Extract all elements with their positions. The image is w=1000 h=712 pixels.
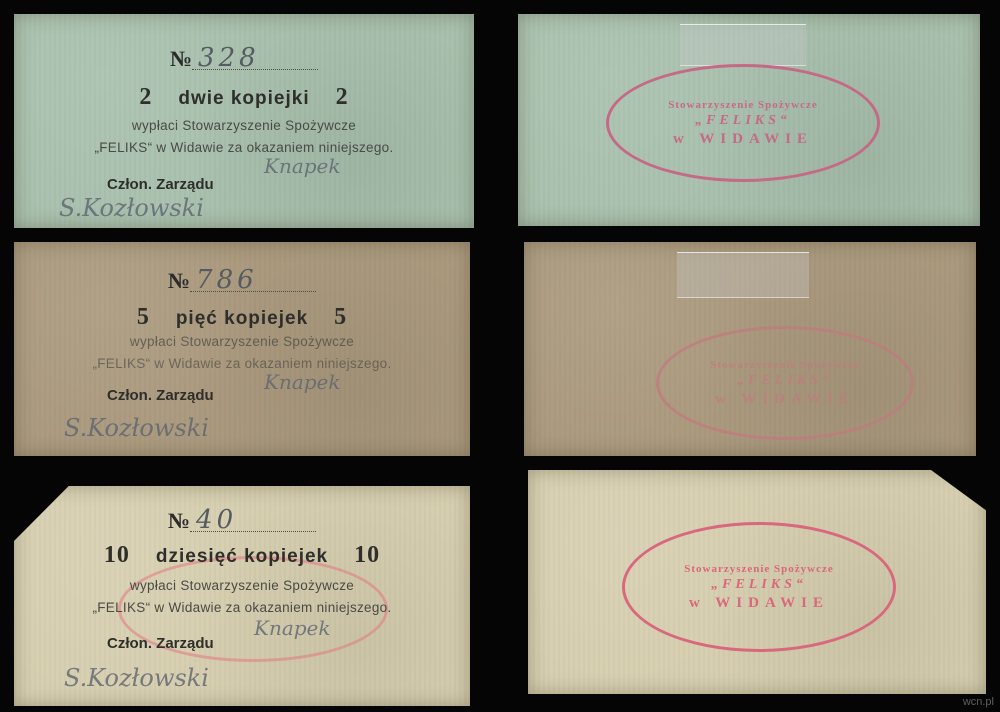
signature-right: Knapek: [264, 370, 341, 394]
feliks-stamp: Stowarzyszenie Spożywcze „FELIKS“ w WIDA…: [656, 326, 914, 440]
stamp-top-text: Stowarzyszenie Spożywcze: [684, 563, 834, 575]
stamp-top-text: Stowarzyszenie Spożywcze: [668, 99, 818, 111]
stamp-middle-text: „FELIKS“: [711, 577, 807, 593]
note-2-kopiejki-back: Stowarzyszenie Spożywcze „FELIKS“ w WIDA…: [518, 14, 980, 226]
board-label: Człon. Zarządu: [107, 635, 214, 652]
note-10-kopiejek-front: №40 10dziesięć kopiejek10 wypłaci Stowar…: [14, 486, 470, 706]
denomination-text: dziesięć kopiejek: [156, 546, 328, 567]
denomination: 5pięć kopiejek5: [14, 304, 470, 331]
issuer-line-1: wypłaci Stowarzyszenie Spożywcze: [14, 578, 470, 593]
signature-left: S.Kozłowski: [64, 664, 209, 692]
stamp-bottom-text: w WIDAWIE: [689, 595, 829, 612]
board-label: Człon. Zarządu: [107, 176, 214, 193]
note-5-kopiejek-front: №786 5pięć kopiejek5 wypłaci Stowarzysze…: [14, 242, 470, 456]
denomination: 2dwie kopiejki2: [14, 84, 474, 111]
denomination-numeral-right: 2: [336, 84, 349, 110]
denomination-numeral-right: 10: [354, 542, 380, 568]
signature-right: Knapek: [264, 154, 341, 178]
repair-tape: [680, 24, 806, 66]
stamp-bottom-text: w WIDAWIE: [715, 391, 855, 408]
signature-left: S.Kozłowski: [59, 194, 204, 222]
handwritten-serial: 40: [190, 509, 316, 532]
signature-right: Knapek: [254, 616, 331, 640]
watermark: wcn.pl: [963, 696, 994, 708]
denomination-numeral-left: 2: [139, 84, 152, 110]
repair-tape: [677, 252, 809, 298]
note-10-kopiejek-back: Stowarzyszenie Spożywcze „FELIKS“ w WIDA…: [528, 470, 986, 694]
stamp-top-text: Stowarzyszenie Spożywcze: [710, 359, 860, 371]
denomination-text: dwie kopiejki: [178, 88, 309, 109]
note-2-kopiejki-front: №328 2dwie kopiejki2 wypłaci Stowarzysze…: [14, 14, 474, 228]
serial-number: №786: [14, 268, 470, 294]
feliks-stamp: Stowarzyszenie Spożywcze „FELIKS“ w WIDA…: [606, 64, 880, 182]
serial-label: №: [168, 268, 190, 293]
serial-number: №40: [14, 508, 470, 534]
stamp-middle-text: „FELIKS“: [695, 113, 791, 129]
denomination: 10dziesięć kopiejek10: [14, 542, 470, 569]
board-label: Człon. Zarządu: [107, 387, 214, 404]
signature-left: S.Kozłowski: [64, 414, 209, 442]
denomination-numeral-right: 5: [334, 304, 347, 330]
handwritten-serial: 786: [190, 269, 316, 292]
denomination-numeral-left: 10: [104, 542, 130, 568]
issuer-line-2: „FELIKS“ w Widawie za okazaniem niniejsz…: [14, 140, 474, 155]
serial-label: №: [170, 46, 192, 71]
issuer-line-1: wypłaci Stowarzyszenie Spożywcze: [14, 118, 474, 133]
issuer-line-2: „FELIKS“ w Widawie za okazaniem niniejsz…: [14, 600, 470, 615]
serial-number: №328: [14, 46, 474, 72]
handwritten-serial: 328: [192, 47, 318, 70]
denomination-text: pięć kopiejek: [176, 308, 308, 329]
stamp-bottom-text: w WIDAWIE: [673, 131, 813, 148]
serial-label: №: [168, 508, 190, 533]
issuer-line-1: wypłaci Stowarzyszenie Spożywcze: [14, 334, 470, 349]
stamp-middle-text: „FELIKS“: [737, 373, 833, 389]
note-5-kopiejek-back: Stowarzyszenie Spożywcze „FELIKS“ w WIDA…: [524, 242, 976, 456]
feliks-stamp: Stowarzyszenie Spożywcze „FELIKS“ w WIDA…: [622, 522, 896, 652]
issuer-line-2: „FELIKS“ w Widawie za okazaniem niniejsz…: [14, 356, 470, 371]
denomination-numeral-left: 5: [137, 304, 150, 330]
